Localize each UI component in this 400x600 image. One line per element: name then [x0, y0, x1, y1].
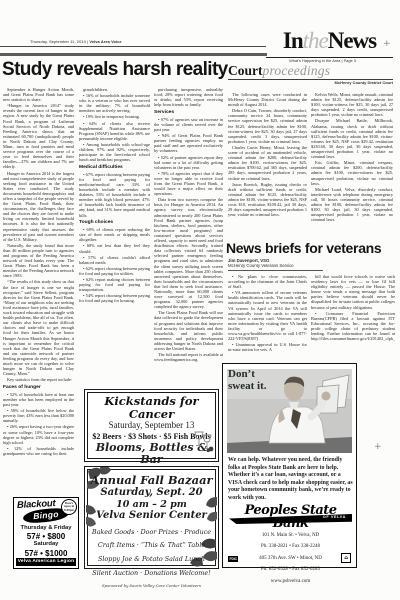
- ad-annual-fall-bazaar: Annual Fall Bazaar Saturday, Sept. 20 10…: [84, 466, 219, 569]
- registration-mark-icon: +: [374, 443, 382, 452]
- column-subhead: Tough choices: [79, 220, 150, 226]
- bingo-days-1: Thursday & Friday: [14, 525, 78, 532]
- article-headline: Study reveals harsh reality: [2, 60, 228, 79]
- column-paragraph: Silent Auction · Donations Welcome!: [88, 570, 215, 578]
- column-paragraph: “Hunger in America 2014” study reveals t…: [3, 103, 74, 169]
- column-paragraph: Jason Boerick, Rugby, issuing checks or …: [228, 182, 307, 218]
- ad-blackout-bingo: Blackout Bingo Doors open at 5:30pm Thur…: [13, 497, 79, 569]
- column-subhead: Medical difficulties: [79, 165, 150, 171]
- bingo-days-2: Saturday: [14, 541, 78, 548]
- bingo-doors-badge: Doors open at 5:30pm: [61, 499, 77, 515]
- column-paragraph: Kelvin Wells, Minot, simple assault, cri…: [311, 92, 393, 117]
- article-column-2: grandchildren.• 16% of households includ…: [79, 87, 150, 388]
- header-rule-thin: [0, 46, 266, 47]
- column-paragraph: • Among households with school-age child…: [79, 142, 150, 162]
- bazaar-sponsor: Sponsored by Souris Valley Care Center V…: [88, 584, 215, 589]
- masthead-word-in: In: [283, 28, 303, 53]
- bazaar-venue: Velva Senior Center: [88, 510, 215, 522]
- bazaar-title: Annual Fall Bazaar: [88, 474, 215, 487]
- column-paragraph: Key statistics from the report include:: [3, 377, 74, 382]
- veterans-column-2: bill that would force schools to waive s…: [311, 274, 395, 362]
- bank-body-text: We can help. Whatever you need, the frie…: [228, 457, 353, 503]
- column-paragraph: • Unanimous approval in U.S. House for i…: [228, 342, 307, 352]
- column-paragraph: • 64% of clients also receive Supplement…: [79, 121, 150, 141]
- column-paragraph: • VA announces rollout of secure veteran…: [228, 290, 307, 341]
- veterans-column-1: • No plans to close commissaries, accord…: [228, 274, 307, 362]
- column-paragraph: Charles Curtis Haney, Minot, leaving the…: [228, 145, 307, 181]
- column-paragraph: Debra O Cain, Towner, disorderly conduct…: [228, 108, 307, 144]
- masthead-word-the: the: [303, 28, 328, 53]
- column-paragraph: • 16% of households include someone who …: [79, 93, 150, 113]
- veterans-byline: Jim Davenport, VSO McHenry County Vetera…: [228, 258, 338, 269]
- dateline-paper-name: Velva Area Voice: [89, 39, 121, 44]
- article-column-3: purchasing inexpensive, unhealthy food; …: [154, 87, 223, 388]
- column-paragraph: • 58% of households live below the pover…: [3, 408, 74, 423]
- column-paragraph: • 19% live in temporary housing.: [79, 114, 150, 119]
- column-paragraph: • 97% of agencies saw an increase in the…: [154, 117, 223, 132]
- column-paragraph: Eric Griffin, Minot, criminal trespass, …: [311, 160, 393, 185]
- fdic-logo: FDIC: [228, 556, 238, 562]
- veterans-section-headline: News briefs for veterans: [226, 241, 381, 255]
- column-paragraph: • 62% report making choices between payi…: [79, 277, 150, 292]
- column-paragraph: • 67% report choosing between paying for…: [79, 172, 150, 218]
- registration-mark-icon: +: [383, 40, 391, 49]
- column-paragraph: 101 N. Main St. • Velva, ND: [227, 533, 354, 539]
- column-paragraph: bill that would force schools to waive s…: [311, 274, 395, 310]
- column-paragraph: The Great Plains Food Bank will use data…: [154, 310, 223, 351]
- column-paragraph: Ph. 852-0328 • Fax 852-0283: [227, 567, 354, 573]
- column-paragraph: • 78% of agencies report that if they we…: [154, 171, 223, 196]
- bank-logo-subtitle: OF VELVA: [323, 516, 346, 520]
- court-column-2: Kelvin Wells, Minot, simple assault, cri…: [311, 92, 393, 242]
- bazaar-time: 10 am – 2 pm: [88, 499, 215, 510]
- column-paragraph: purchasing inexpensive, unhealthy food; …: [154, 87, 223, 107]
- bazaar-content: Annual Fall Bazaar Saturday, Sept. 20 10…: [88, 470, 215, 565]
- masthead-word-news: News: [328, 28, 376, 53]
- column-paragraph: Craft Items · “This & That” Table: [88, 542, 215, 550]
- bazaar-item-list: Baked Goods · Door Prizes · ProduceCraft…: [88, 529, 215, 579]
- wine-glasses-icon: [192, 430, 214, 452]
- article-column-1: September is Hunger Action Month, and Gr…: [3, 87, 74, 493]
- kickstands-title: Kickstands for Cancer: [89, 395, 214, 420]
- bank-address-block: 101 N. Main St. • Velva, NDPh. 338-2821 …: [227, 528, 354, 590]
- column-paragraph: grandchildren.: [79, 87, 150, 92]
- bazaar-date: Saturday, Sept. 20: [88, 487, 215, 499]
- bank-logo: Peoples State Bank OF VELVA: [227, 504, 354, 526]
- column-paragraph: The following cases were conducted in Mc…: [228, 92, 307, 107]
- bank-hook-line2: sweat it.: [228, 381, 267, 393]
- column-paragraph: • 69% of clients report reducing the siz…: [79, 227, 150, 242]
- column-paragraph: 405 37th Ave. SW • Minot, ND: [227, 556, 354, 562]
- column-paragraph: Baked Goods · Door Prizes · Produce: [88, 529, 215, 537]
- column-paragraph: • 94% of Great Plains Food Bank partner …: [154, 133, 223, 153]
- equal-housing-lender-icon: ⌂: [341, 553, 351, 563]
- column-paragraph: Data from two surveys comprise the basis…: [154, 197, 223, 309]
- column-paragraph: • 62% report choosing between paying for…: [79, 266, 150, 276]
- column-paragraph: The full national report is available at…: [154, 352, 223, 362]
- court-column-1: The following cases were conducted in Mc…: [228, 92, 307, 242]
- column-paragraph: “The results of this study show us that …: [3, 279, 74, 376]
- column-paragraph: Ph. 338-2821 • Fax 338-2248: [227, 544, 354, 550]
- dateline: Thursday, September 11, 2014 | Velva Are…: [30, 40, 122, 45]
- column-paragraph: Dwayne Michael Battle, Millbrook, Alabam…: [311, 118, 393, 159]
- bingo-prize-1: 57# • $800: [14, 532, 78, 541]
- section-masthead: IntheNews: [266, 29, 393, 52]
- bingo-prize-2: 57# • $1000: [14, 549, 78, 558]
- header-rule-thick: [0, 53, 267, 56]
- column-paragraph: September is Hunger Action Month, and Gr…: [3, 87, 74, 102]
- bingo-venue-bar: Velva American Legion: [16, 558, 76, 566]
- column-paragraph: Sloppy Joe & Potato Salad Lunch: [88, 556, 215, 564]
- ad-peoples-state-bank: Don’t sweat it. We can help. Whatever yo…: [222, 363, 357, 568]
- column-paragraph: • Consumer Financial Protection Bureau(C…: [311, 311, 395, 342]
- court-section-headline: Courtproceedings: [228, 64, 330, 78]
- veterans-byline-office: McHenry County Veterans Service: [228, 263, 338, 268]
- column-paragraph: • No plans to close commissaries, accord…: [228, 274, 307, 289]
- court-headline-bold: Court: [228, 63, 263, 78]
- column-paragraph: Michael Lund, Velva, disorderly conduct,…: [311, 187, 393, 223]
- column-paragraph: Naturally, the study found that more tha…: [3, 243, 74, 279]
- column-paragraph: • 52% of households have at least one me…: [3, 392, 74, 407]
- column-paragraph: • 26% report having a two-year degree or…: [3, 424, 74, 444]
- column-paragraph: • 68% eat less than they feel they shoul…: [79, 243, 150, 253]
- court-name-label: McHenry County District Court: [228, 81, 393, 86]
- column-paragraph: • 57% of clients couldn't afford balance…: [79, 255, 150, 265]
- bank-hook-line1: Don’t: [228, 369, 267, 381]
- column-subhead: Faces of hunger: [3, 385, 74, 391]
- column-subhead: Services: [154, 110, 223, 116]
- column-paragraph: www.psbvelva.com: [227, 579, 354, 585]
- column-paragraph: • 54% report choosing between paying for…: [79, 293, 150, 303]
- column-paragraph: • 12% of households include grandparents…: [3, 446, 74, 456]
- court-headline-italic: proceedings: [263, 63, 331, 78]
- veterans-byline-rule: [228, 270, 323, 271]
- column-paragraph: • 52% of partner agencies report they ha…: [154, 155, 223, 170]
- dateline-date: Thursday, September 11, 2014 |: [30, 39, 89, 44]
- column-paragraph: Hunger in America 2014 is the largest an…: [3, 171, 74, 242]
- bank-hook-text: Don’t sweat it.: [228, 369, 267, 392]
- newspaper-page: Thursday, September 11, 2014 | Velva Are…: [0, 0, 400, 600]
- ad-kickstands-for-cancer: Kickstands for Cancer Saturday, Septembe…: [84, 389, 219, 462]
